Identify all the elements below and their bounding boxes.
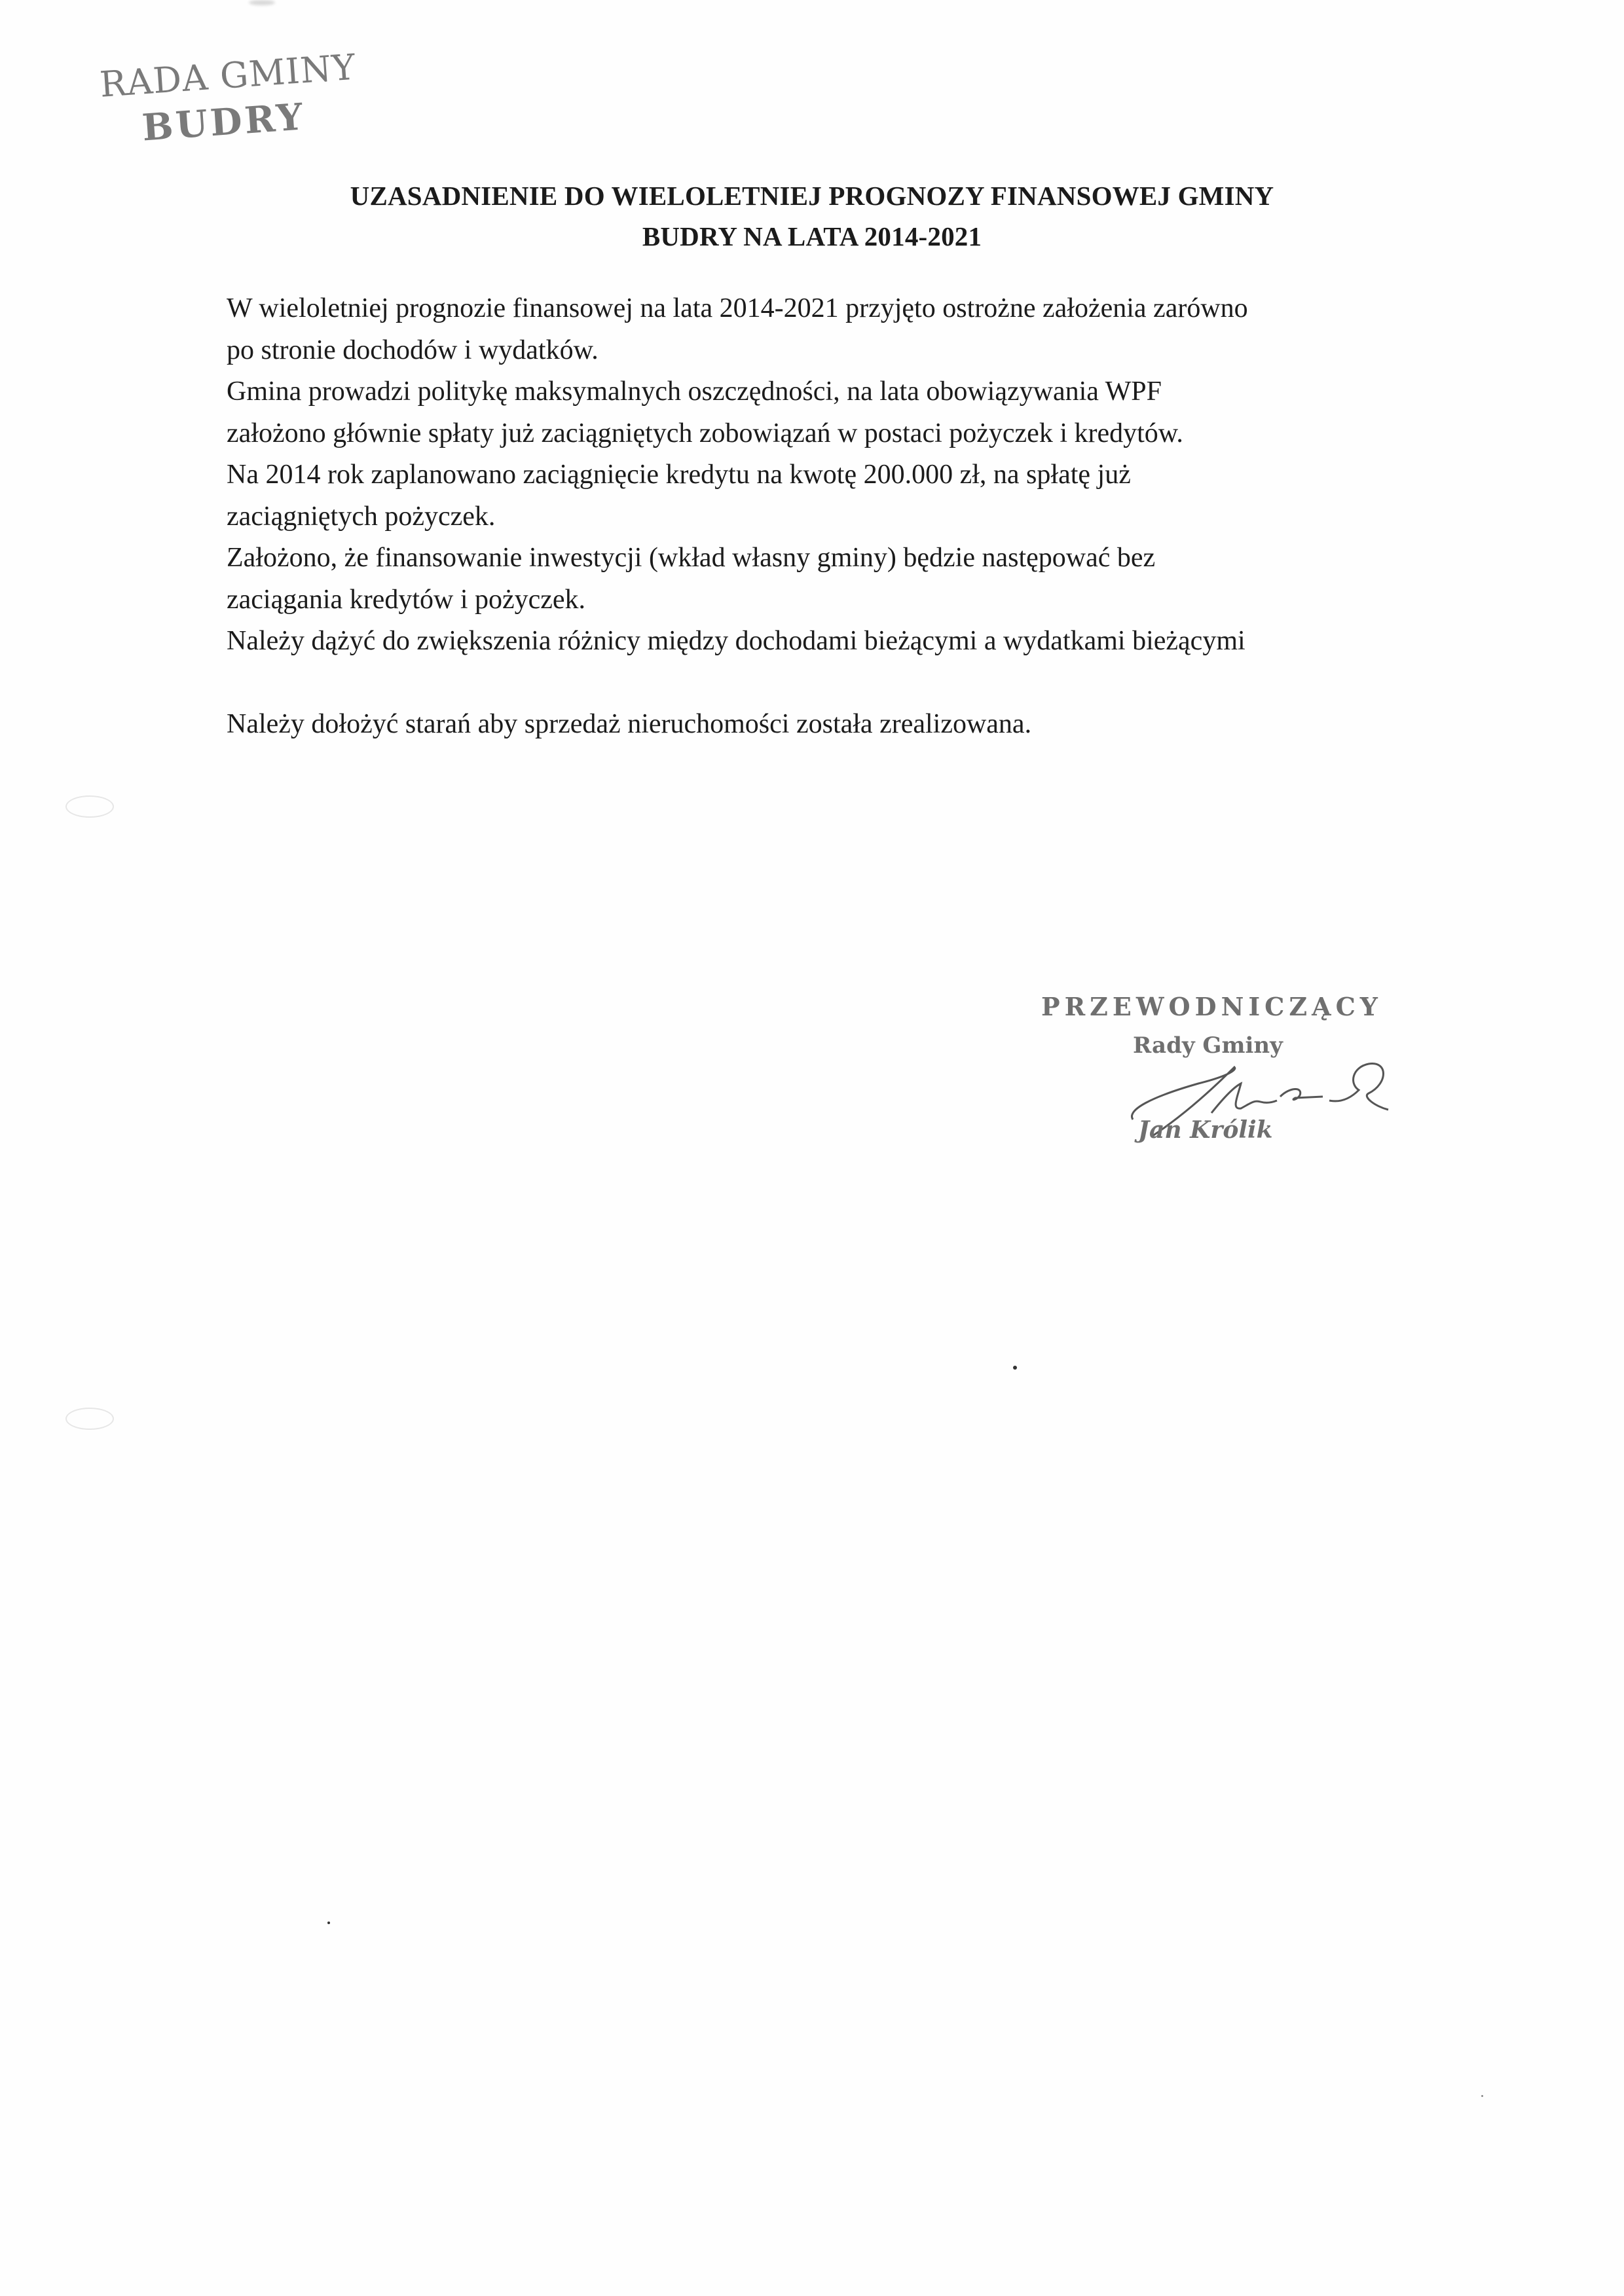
body-line: założono głównie spłaty już zaciągniętyc… [227,413,1471,455]
council-header-stamp: RADA GMINY BUDRY [98,45,361,154]
body-line: Gmina prowadzi politykę maksymalnych osz… [227,371,1471,413]
scan-dot [327,1922,330,1924]
body-line: zaciągania kredytów i pożyczek. [227,579,1471,621]
body-line: Założono, że finansowanie inwestycji (wk… [227,538,1471,579]
body-line: W wieloletniej prognozie finansowej na l… [227,288,1471,330]
body-line: Na 2014 rok zaplanowano zaciągnięcie kre… [227,454,1471,496]
punch-hole-mark [65,795,114,818]
body-line: zaciągniętych pożyczek. [227,496,1471,538]
chairman-signature-stamp: PRZEWODNICZĄCY Rady Gminy Jan Królik [1041,992,1460,1162]
stamp-subtitle-rady-gminy: Rady Gminy [1133,1032,1283,1059]
body-line: po stronie dochodów i wydatków. [227,330,1471,372]
paragraph-gap [227,663,1471,704]
scan-dot [1481,2095,1483,2097]
body-final-line: Należy dołożyć starań aby sprzedaż nieru… [227,704,1471,746]
document-body: W wieloletniej prognozie finansowej na l… [227,288,1471,745]
punch-hole-mark [65,1408,114,1430]
scanned-document-page: RADA GMINY BUDRY UZASADNIENIE DO WIELOLE… [0,0,1624,2296]
title-line-2: BUDRY NA LATA 2014-2021 [196,216,1428,257]
body-line: Należy dążyć do zwiększenia różnicy międ… [227,621,1471,663]
document-title: UZASADNIENIE DO WIELOLETNIEJ PROGNOZY FI… [196,175,1428,257]
title-line-1: UZASADNIENIE DO WIELOLETNIEJ PROGNOZY FI… [196,175,1428,216]
stamp-name-jan-krolik: Jan Królik [1138,1116,1273,1144]
scan-smudge [249,0,275,5]
scan-dot [1013,1366,1017,1370]
stamp-title-przewodniczacy: PRZEWODNICZĄCY [1041,992,1382,1021]
